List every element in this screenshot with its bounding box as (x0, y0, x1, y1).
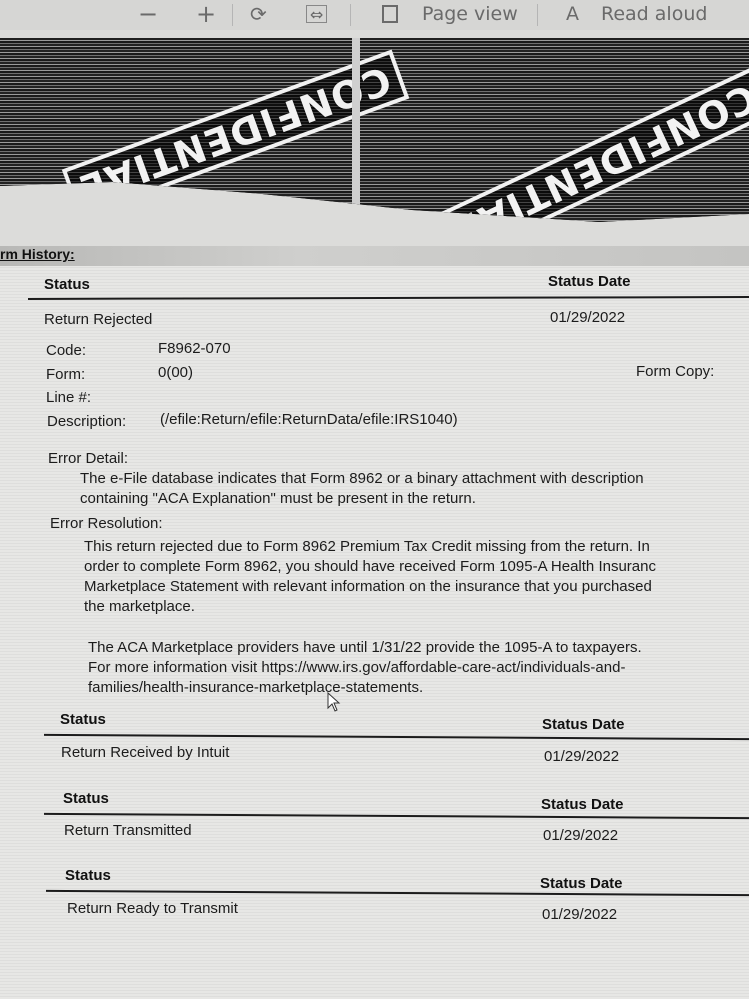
read-aloud-label: Read aloud (601, 3, 707, 25)
page-view-button[interactable]: Page view (382, 0, 518, 28)
code-value: F8962-070 (158, 340, 231, 357)
zoom-in-icon[interactable]: + (196, 0, 216, 28)
rotate-icon[interactable]: ⟳ (250, 0, 267, 28)
error-detail-label: Error Detail: (48, 450, 128, 467)
status-value: Return Received by Intuit (61, 744, 229, 761)
toolbar-divider (537, 4, 538, 26)
status-value: Return Rejected (44, 311, 152, 328)
form-value: 0(00) (158, 364, 193, 381)
toolbar-divider (350, 4, 351, 26)
section-title-text: rm History: (0, 246, 75, 262)
status-value: Return Transmitted (64, 822, 192, 839)
status-date-value: 01/29/2022 (544, 748, 619, 765)
code-label: Code: (46, 342, 86, 359)
status-date-value: 01/29/2022 (542, 906, 617, 923)
status-header: Status (63, 790, 109, 807)
status-header: Status (60, 711, 106, 728)
description-label: Description: (47, 413, 126, 430)
status-date-header: Status Date (541, 796, 624, 813)
status-date-value: 01/29/2022 (550, 309, 625, 326)
description-value: (/efile:Return/efile:ReturnData/efile:IR… (160, 411, 458, 428)
error-resolution-label: Error Resolution: (50, 515, 163, 532)
status-date-header: Status Date (548, 273, 631, 290)
read-aloud-icon: A (566, 3, 579, 25)
status-header: Status (65, 867, 111, 884)
page-view-label: Page view (422, 3, 518, 25)
status-date-value: 01/29/2022 (543, 827, 618, 844)
error-resolution-text: This return rejected due to Form 8962 Pr… (84, 537, 749, 617)
confidential-banner: CONFIDENTIAL CONFIDENTIAL (0, 38, 749, 238)
fit-to-width-icon[interactable]: ⇔ (306, 5, 327, 23)
form-copy-label: Form Copy: (636, 363, 714, 380)
toolbar-divider (232, 4, 233, 26)
read-aloud-button[interactable]: A Read aloud (566, 0, 707, 28)
form-label: Form: (46, 366, 85, 383)
confidential-stamp: CONFIDENTIAL (435, 66, 749, 238)
aca-info-text: The ACA Marketplace providers have until… (88, 638, 749, 698)
status-value: Return Ready to Transmit (67, 900, 238, 917)
status-date-header: Status Date (542, 716, 625, 733)
pdf-viewer-toolbar: − + ⟳ ⇔ Page view A Read aloud (0, 0, 749, 30)
status-date-header: Status Date (540, 875, 623, 892)
mouse-cursor-icon (327, 692, 341, 712)
zoom-out-icon[interactable]: − (138, 0, 158, 28)
status-header: Status (44, 276, 90, 293)
line-number-label: Line #: (46, 389, 91, 406)
section-title: rm History: (0, 246, 749, 266)
banner-divider (352, 38, 360, 238)
error-detail-text: The e-File database indicates that Form … (80, 469, 749, 509)
page-view-icon (382, 5, 398, 23)
